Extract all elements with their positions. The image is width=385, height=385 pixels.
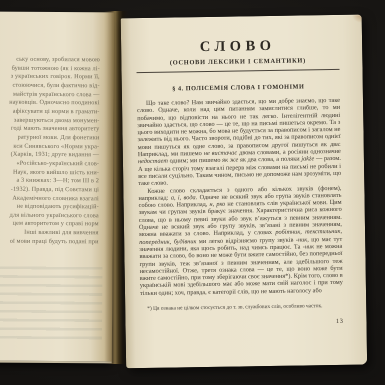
- italic-run: а, і, вода: [171, 194, 196, 201]
- page-number: 13: [140, 317, 343, 327]
- italic-run: недостает: [138, 158, 168, 165]
- section-heading: § 4. ПОЛІСЕМІЯ СЛОВА І ГОМОНІМИ: [137, 83, 340, 93]
- left-page-line: не відповідають русифікацій-: [8, 203, 98, 212]
- right-page-content: СЛОВО (ОСНОВИ ЛЕКСИКИ І СЕМАНТИКИ) § 4. …: [136, 15, 344, 328]
- book-photo: ську основу, зробилася мовоюбувши тотожн…: [0, 0, 385, 385]
- italic-run: -ник: [296, 236, 307, 243]
- paragraph: Що таке слово? Нам звичайно здається, що…: [137, 97, 341, 188]
- left-page-showthrough: [0, 264, 102, 343]
- italic-run: jakże: [301, 156, 314, 163]
- left-page-line: а 3 книжках: З—Н; том III в 2: [9, 177, 99, 186]
- left-page-line: ої мови праці будуть подані при: [8, 237, 98, 246]
- italic-run: як же: [222, 157, 238, 164]
- chapter-subtitle: (ОСНОВИ ЛЕКСИКИ І СЕМАНТИКИ): [136, 57, 339, 67]
- chapter-title: СЛОВО: [136, 37, 339, 57]
- left-page-line: ську основу, зробилася мовою: [10, 56, 100, 65]
- body-text: Що таке слово? Нам звичайно здається, що…: [137, 97, 343, 297]
- title-rule: [137, 69, 340, 73]
- italic-run: н, рко: [209, 201, 225, 208]
- footnote: *) Ця ознака не цілком стосується до т. …: [140, 303, 335, 313]
- left-page-line: ратурної мови. Для фонетики: [9, 134, 99, 143]
- left-page-line: «Російсько-український слов-: [9, 160, 99, 169]
- left-page-line: цем авторитетом у справі норм: [8, 220, 98, 229]
- left-page-line: -1932). Правда, під Совєтами ці: [9, 186, 99, 195]
- left-page-text: ську основу, зробилася мовоюбувши тотожн…: [8, 56, 100, 247]
- left-page-line: афіксувати ці норми в грамати-: [9, 108, 99, 117]
- paragraph: Кожне слово складається з одного або кіл…: [138, 184, 343, 297]
- right-page: СЛОВО (ОСНОВИ ЛЕКСИКИ І СЕМАНТИКИ) § 4. …: [121, 15, 367, 369]
- italic-run: -ник: [303, 243, 314, 250]
- left-page: ську основу, зробилася мовоюбувши тотожн…: [0, 12, 114, 362]
- left-page-line: стоюючися, були фактично від-: [9, 82, 99, 91]
